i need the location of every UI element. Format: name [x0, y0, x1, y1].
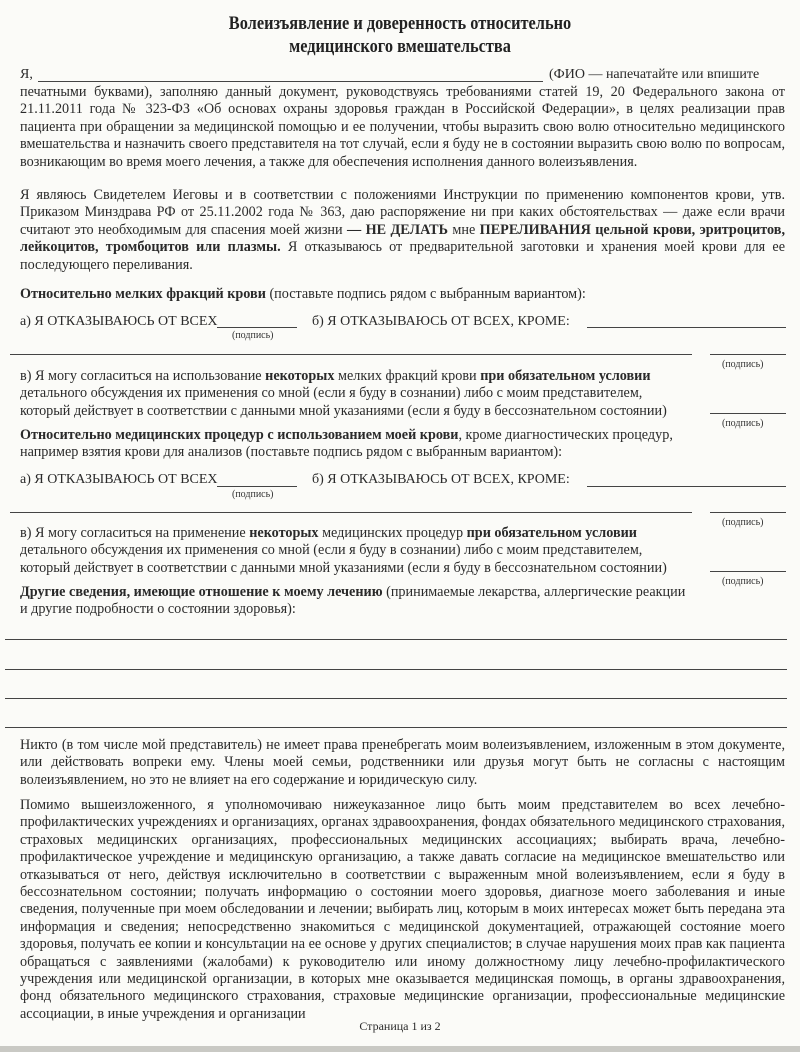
intro-paragraph: печатными буквами), заполняю данный доку…	[20, 84, 785, 171]
scan-edge	[0, 1046, 800, 1052]
fractions-option-b-signature[interactable]	[710, 354, 786, 355]
procedures-heading: Относительно медицинских процедур с испо…	[20, 427, 785, 462]
page-number: Страница 1 из 2	[0, 1019, 800, 1034]
other-info-line-4[interactable]	[5, 727, 787, 728]
document-page: Волеизъявление и доверенность относитель…	[0, 0, 800, 1052]
procedures-option-b-field[interactable]	[587, 486, 786, 487]
procedures-option-c: в) Я могу согласиться на применение неко…	[20, 525, 720, 577]
other-info-line-3[interactable]	[5, 698, 787, 699]
fractions-option-c: в) Я могу согласиться на использование н…	[20, 368, 720, 420]
fractions-option-a-signature[interactable]	[217, 327, 297, 328]
other-info-line-2[interactable]	[5, 669, 787, 670]
procedures-option-b-field-line2[interactable]	[10, 512, 692, 513]
fractions-option-b: б) Я ОТКАЗЫВАЮСЬ ОТ ВСЕХ, КРОМЕ:	[312, 314, 570, 330]
intro-suffix: (ФИО — напечатайте или впишите	[549, 67, 759, 83]
procedures-option-c-signature[interactable]	[710, 571, 786, 572]
fractions-option-b-field-line2[interactable]	[10, 354, 692, 355]
other-info-line-1[interactable]	[5, 639, 787, 640]
fractions-option-b-field[interactable]	[587, 327, 786, 328]
procedures-option-b: б) Я ОТКАЗЫВАЮСЬ ОТ ВСЕХ, КРОМЕ:	[312, 472, 570, 488]
procedures-option-b-signature[interactable]	[710, 512, 786, 513]
signature-caption: (подпись)	[722, 517, 764, 528]
fractions-option-c-signature[interactable]	[710, 413, 786, 414]
procedures-option-a: а) Я ОТКАЗЫВАЮСЬ ОТ ВСЕХ	[20, 472, 218, 488]
intro-prefix: Я,	[20, 67, 33, 83]
signature-caption: (подпись)	[232, 330, 274, 341]
other-info-heading: Другие сведения, имеющие отношение к мое…	[20, 584, 785, 619]
witness-paragraph: Я являюсь Свидетелем Иеговы и в соответс…	[20, 187, 785, 274]
signature-caption: (подпись)	[722, 359, 764, 370]
proxy-paragraph: Помимо вышеизложенного, я уполномочиваю …	[20, 797, 785, 1023]
procedures-option-a-signature[interactable]	[217, 486, 297, 487]
fractions-option-a: а) Я ОТКАЗЫВАЮСЬ ОТ ВСЕХ	[20, 314, 218, 330]
full-name-field[interactable]	[38, 81, 543, 82]
signature-caption: (подпись)	[232, 489, 274, 500]
document-title: Волеизъявление и доверенность относитель…	[56, 12, 744, 58]
fractions-heading: Относительно мелких фракций крови (поста…	[20, 286, 785, 303]
nobody-paragraph: Никто (в том числе мой представитель) не…	[20, 737, 785, 789]
